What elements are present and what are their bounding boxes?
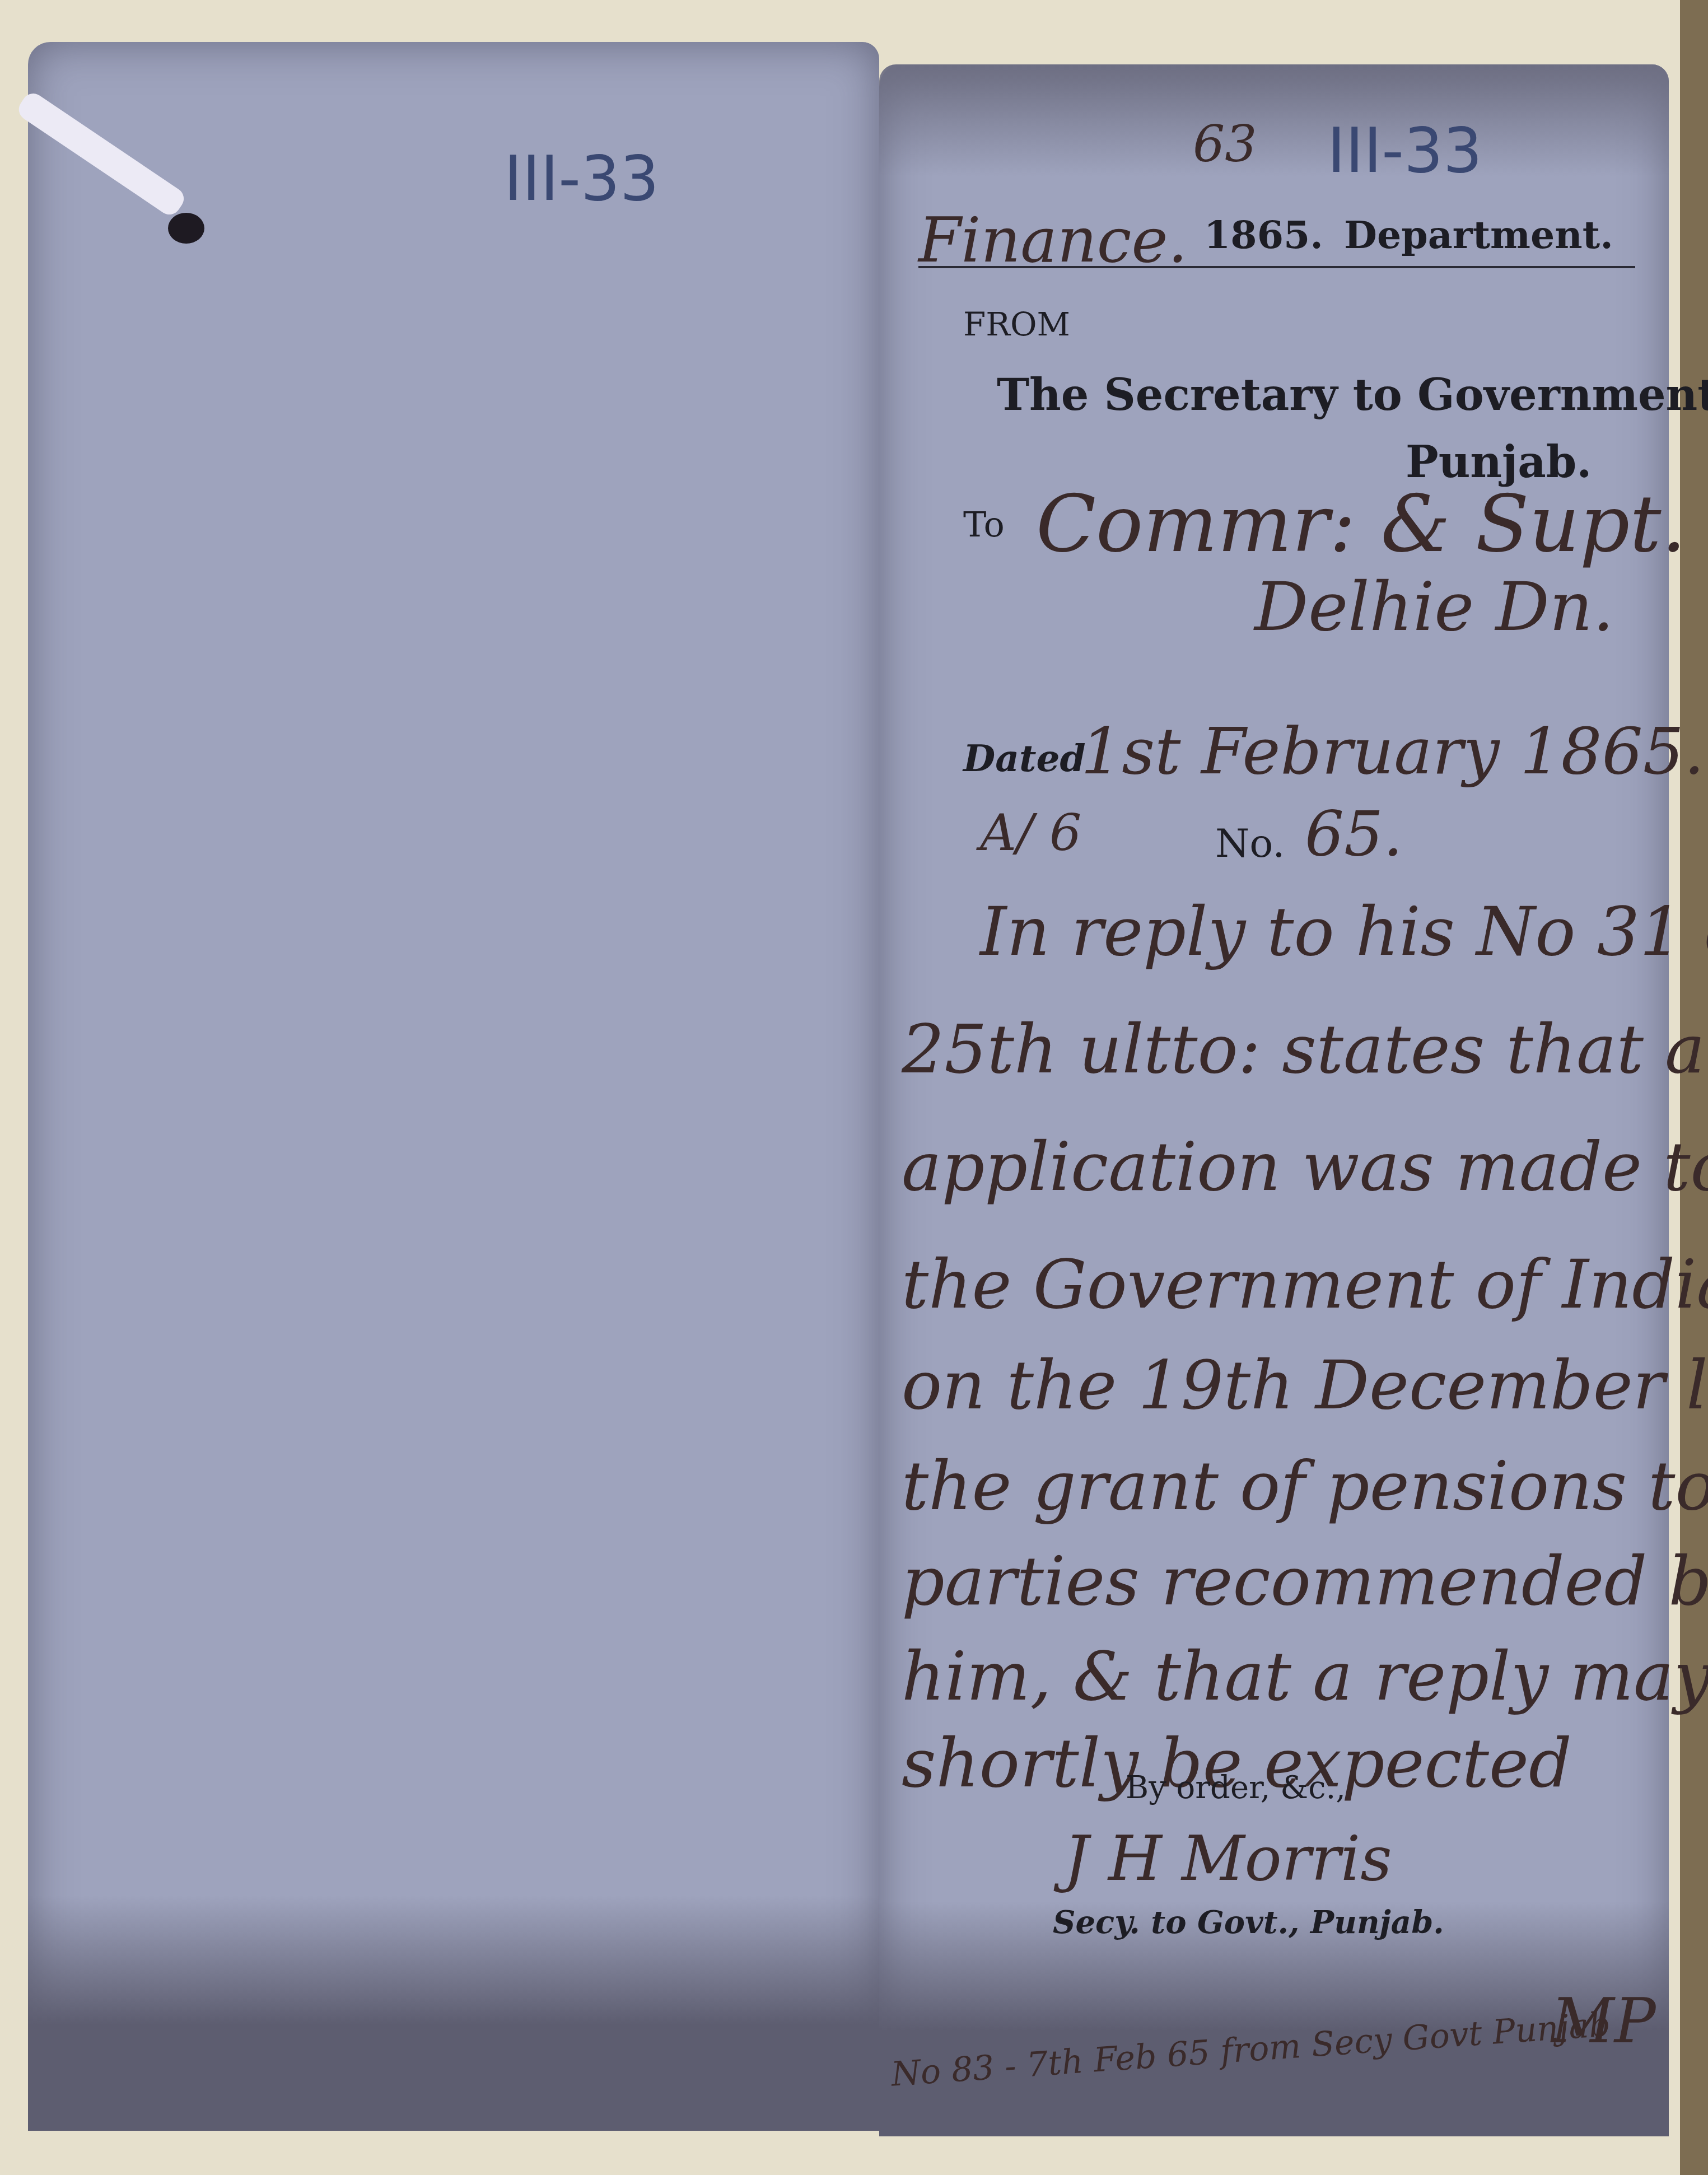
signature: J H Morris <box>1064 1823 1392 1894</box>
marginal-note: A/ 6 <box>980 804 1081 862</box>
right-leaf-letter: 63 III-33 Finance. 1865. Department. FRO… <box>879 64 1669 2136</box>
dated-value: 1st February 1865. <box>1081 714 1704 789</box>
body-line: parties recommended by <box>902 1548 1708 1616</box>
left-pencil-reference: III-33 <box>504 143 659 214</box>
body-line: 25th ultto: states that an <box>902 1016 1708 1084</box>
to-label: To <box>963 504 1005 545</box>
binding-hole <box>168 213 204 244</box>
folio-number: 63 <box>1193 115 1257 174</box>
body-line: the grant of pensions to the <box>902 1453 1708 1520</box>
number-value: 65. <box>1305 798 1403 870</box>
body-line: him, & that a reply may now <box>902 1644 1708 1711</box>
department-label: Department. <box>1344 213 1613 258</box>
water-stain <box>28 1896 879 2131</box>
body-line: on the 19th December last for <box>902 1352 1708 1420</box>
to-value-line2: Delhie Dn. <box>1254 568 1614 646</box>
to-value-line1: Commr: & Supt. <box>1036 479 1686 570</box>
signature-title: Secy. to Govt., Punjab. <box>1053 1904 1444 1941</box>
body-line: In reply to his No 31 of the <box>980 899 1708 966</box>
right-pencil-reference: III-33 <box>1327 115 1482 186</box>
footer-initials: MP <box>1551 1985 1656 2057</box>
dated-label: Dated <box>963 736 1086 780</box>
left-leaf: III-33 <box>28 42 879 2131</box>
closing: By order, &c., <box>1126 1770 1346 1806</box>
year: 1865. <box>1204 213 1323 258</box>
number-label: No. <box>1215 820 1285 866</box>
body-line: application was made to <box>902 1134 1708 1201</box>
header-rule <box>918 266 1635 268</box>
department-handwritten: Finance. <box>918 204 1187 276</box>
binding-string <box>15 89 188 219</box>
body-line: the Government of India <box>902 1252 1708 1319</box>
from-label: FROM <box>963 305 1070 343</box>
from-value-line1: The Secretary to Government <box>997 370 1708 421</box>
